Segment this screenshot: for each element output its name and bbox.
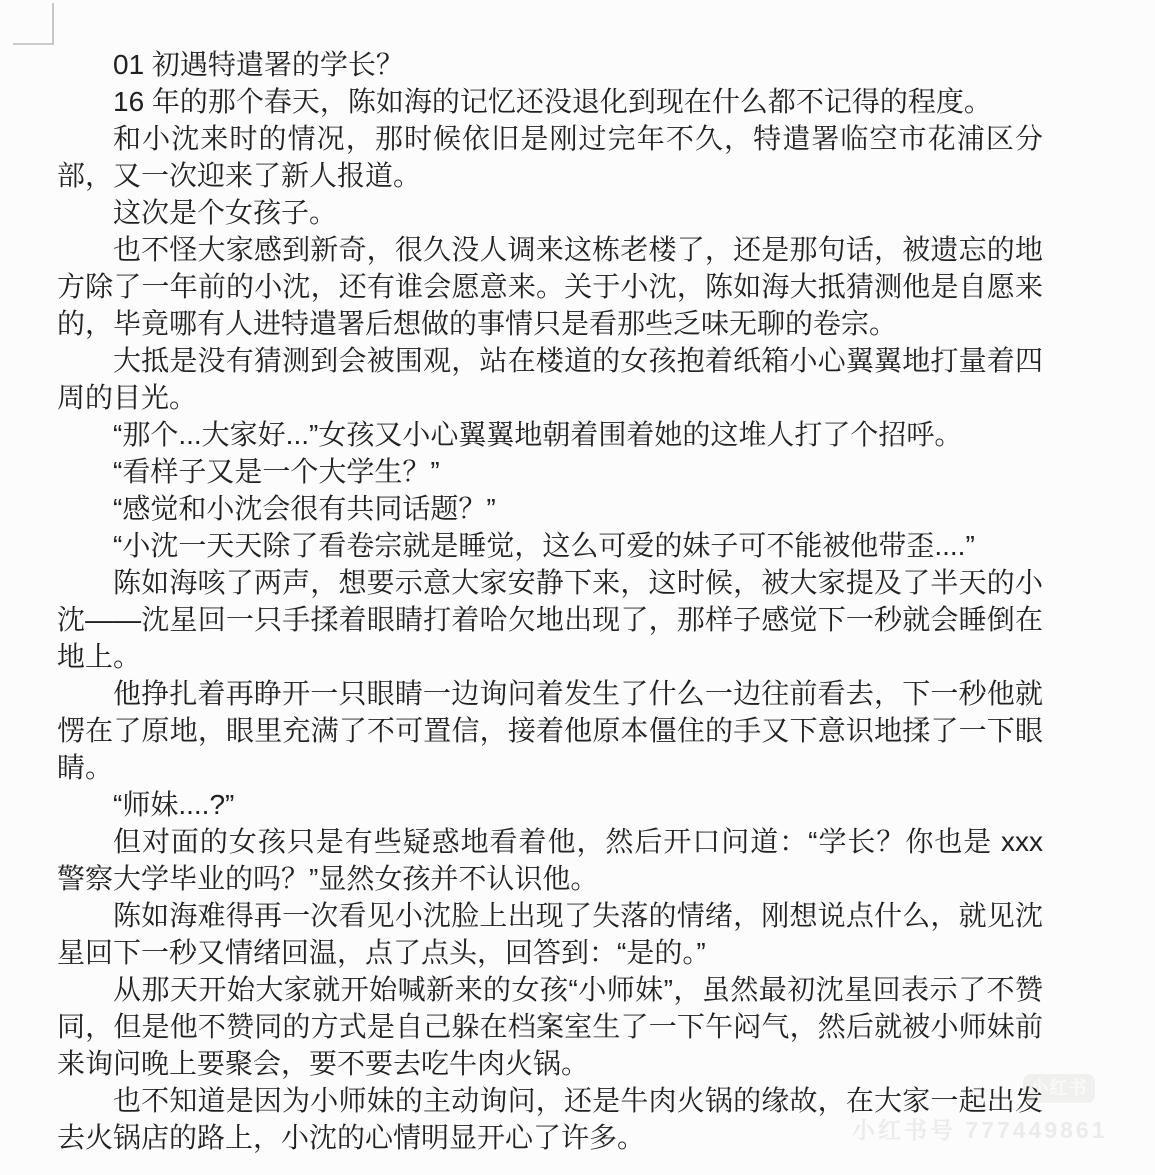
paragraph: 陈如海咳了两声，想要示意大家安静下来，这时候，被大家提及了半天的小沈——沈星回一… [57, 564, 1043, 675]
paragraph: 他挣扎着再睁开一只眼睛一边询问着发生了什么一边往前看去，下一秒他就愣在了原地，眼… [57, 675, 1043, 786]
paragraph: “小沈一天天除了看卷宗就是睡觉，这么可爱的妹子可不能被他带歪....” [57, 527, 1043, 564]
paragraph: 和小沈来时的情况，那时候依旧是刚过完年不久，特遣署临空市花浦区分部，又一次迎来了… [57, 120, 1043, 194]
paragraph: 但对面的女孩只是有些疑惑地看着他，然后开口问道：“学长？你也是 xxx 警察大学… [57, 823, 1043, 897]
paragraph: 也不知道是因为小师妹的主动询问，还是牛肉火锅的缘故，在大家一起出发去火锅店的路上… [57, 1082, 1043, 1156]
paragraph: “看样子又是一个大学生？” [57, 453, 1043, 490]
paragraph: 16 年的那个春天，陈如海的记忆还没退化到现在什么都不记得的程度。 [57, 83, 1043, 120]
text-boundary-corner-mark [13, 3, 54, 45]
document-body: 01 初遇特遣署的学长？16 年的那个春天，陈如海的记忆还没退化到现在什么都不记… [57, 46, 1043, 1156]
paragraph: 大抵是没有猜测到会被围观，站在楼道的女孩抱着纸箱小心翼翼地打量着四周的目光。 [57, 342, 1043, 416]
document-page: 01 初遇特遣署的学长？16 年的那个春天，陈如海的记忆还没退化到现在什么都不记… [0, 0, 1155, 1175]
paragraph: 陈如海难得再一次看见小沈脸上出现了失落的情绪，刚想说点什么，就见沈星回下一秒又情… [57, 897, 1043, 971]
paragraph: 这次是个女孩子。 [57, 194, 1043, 231]
paragraph: “那个...大家好...”女孩又小心翼翼地朝着围着她的这堆人打了个招呼。 [57, 416, 1043, 453]
paragraph: 从那天开始大家就开始喊新来的女孩“小师妹”，虽然最初沈星回表示了不赞同，但是他不… [57, 971, 1043, 1082]
paragraph: “感觉和小沈会很有共同话题？” [57, 490, 1043, 527]
paragraph: 也不怪大家感到新奇，很久没人调来这栋老楼了，还是那句话，被遗忘的地方除了一年前的… [57, 231, 1043, 342]
paragraph: 01 初遇特遣署的学长？ [57, 46, 1043, 83]
paragraph: “师妹....?” [57, 786, 1043, 823]
